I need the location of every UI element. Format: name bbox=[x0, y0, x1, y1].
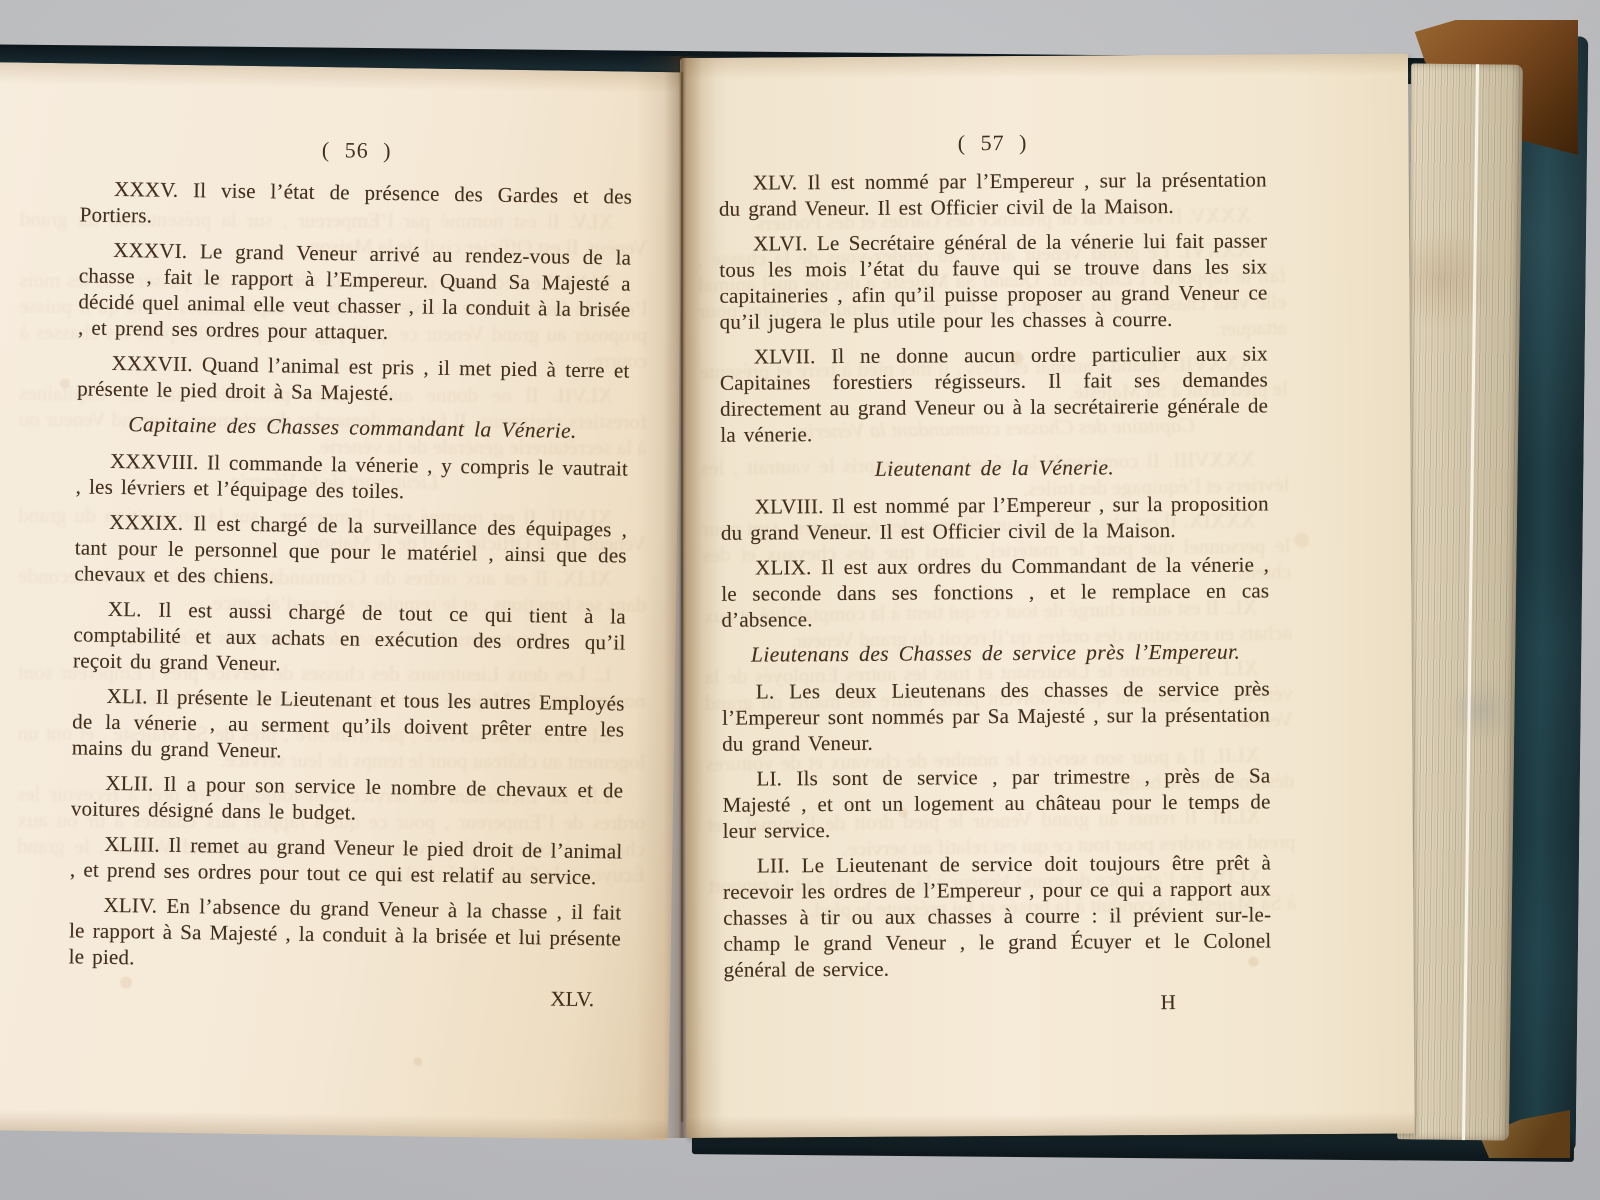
page-57-text-column: XLV. Il est nommé par l’Empereur , sur l… bbox=[719, 166, 1272, 982]
paragraph: XLVI. Le Secrétaire général de la véneri… bbox=[719, 227, 1268, 334]
book-photo: XLV. Il est nommé par l’Empereur , sur l… bbox=[0, 0, 1600, 1200]
page-block-fore-edge bbox=[1397, 63, 1523, 1140]
page-number: ( 57 ) bbox=[718, 128, 1266, 157]
paragraph: XLIII. Il remet au grand Veneur le pied … bbox=[70, 830, 623, 890]
page-number: ( 56 ) bbox=[81, 133, 633, 167]
section-heading: Lieutenans des Chasses de service près l… bbox=[722, 638, 1270, 667]
catchword: XLV. bbox=[68, 978, 620, 1012]
paragraph: XXXV. Il vise l’état de présence des Gar… bbox=[80, 175, 633, 235]
fore-edge-highlight-line bbox=[1462, 64, 1479, 1140]
paragraph: XXXVIII. Il commande la vénerie , y comp… bbox=[76, 447, 629, 507]
paragraph: XLI. Il présente le Lieutenant et tous l… bbox=[72, 682, 625, 768]
paragraph: XXXVI. Le grand Veneur arrivé au rendez-… bbox=[78, 236, 631, 348]
paragraph: XXXVII. Quand l’animal est pris , il met… bbox=[77, 349, 630, 409]
signature-mark: H bbox=[724, 988, 1272, 1017]
paragraph: XLIX. Il est aux ordres du Commandant de… bbox=[721, 551, 1269, 632]
paragraph: LII. Le Lieutenant de service doit toujo… bbox=[723, 849, 1272, 982]
page-56-text-column: XXXV. Il vise l’état de présence des Gar… bbox=[69, 175, 633, 977]
section-heading: Capitaine des Chasses commandant la Véne… bbox=[76, 410, 628, 444]
paragraph: L. Les deux Lieutenans des chasses de se… bbox=[722, 675, 1270, 756]
section-heading: Lieutenant de la Vénerie. bbox=[720, 453, 1268, 482]
paragraph: XXXIX. Il est chargé de la surveillance … bbox=[74, 508, 627, 594]
paragraph: XL. Il est aussi chargé de tout ce qui t… bbox=[73, 595, 626, 681]
page-56: XLV. Il est nommé par l’Empereur , sur l… bbox=[0, 62, 684, 1140]
paragraph: LI. Ils sont de service , par trimestre … bbox=[722, 762, 1270, 843]
page-57: XXXV. Il vise l’état de présence des Gar… bbox=[680, 54, 1415, 1138]
paragraph: XLV. Il est nommé par l’Empereur , sur l… bbox=[719, 166, 1267, 221]
paragraph: XLII. Il a pour son service le nombre de… bbox=[71, 769, 624, 829]
paragraph: XLVII. Il ne donne aucun ordre particuli… bbox=[720, 340, 1269, 447]
paragraph: XLVIII. Il est nommé par l’Empereur , su… bbox=[721, 490, 1269, 545]
paragraph: XLIV. En l’absence du grand Veneur à la … bbox=[69, 891, 622, 977]
